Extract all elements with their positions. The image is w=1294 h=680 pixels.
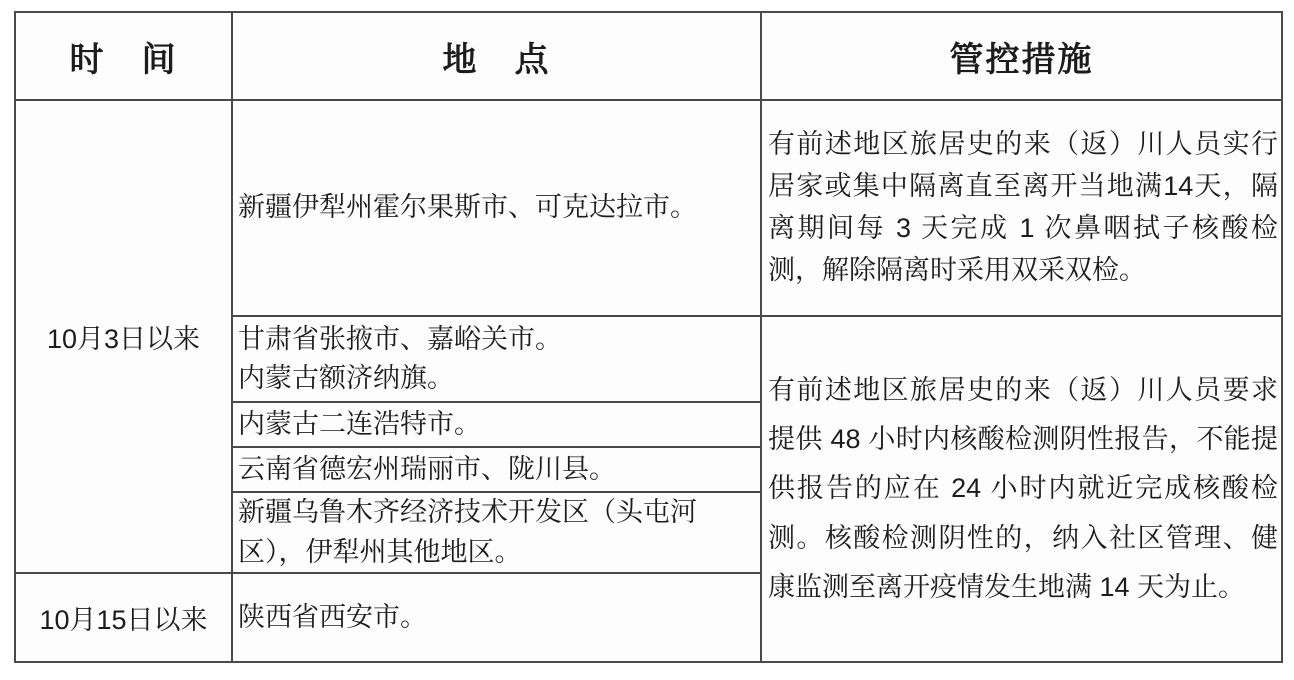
location-text: 云南省德宏州瑞丽市、陇川县。 <box>238 450 616 489</box>
measure-text: 有前述地区旅居史的来（返）川人员实行居家或集中隔离直至离开当地满14天，隔离期间… <box>768 124 1278 291</box>
measure-text: 有前述地区旅居史的来（返）川人员要求提供 48 小时内核酸检测阴性报告，不能提供… <box>768 366 1278 612</box>
location-text: 甘肃省张掖市、嘉峪关市。 内蒙古额济纳旗。 <box>238 320 562 398</box>
location-cell-yunnan-dehong: 云南省德宏州瑞丽市、陇川县。 <box>233 448 760 491</box>
control-measures-table: 时 间 地 点 管控措施 10月3日以来 10月15日以来 新疆伊犁州霍尔果斯市… <box>14 11 1283 663</box>
location-cell-gansu-neimenggu: 甘肃省张掖市、嘉峪关市。 内蒙古额济纳旗。 <box>233 317 760 401</box>
measure-cell-quarantine: 有前述地区旅居史的来（返）川人员实行居家或集中隔离直至离开当地满14天，隔离期间… <box>762 101 1281 315</box>
column-header-location-label: 地 点 <box>443 32 551 81</box>
location-text: 新疆伊犁州霍尔果斯市、可克达拉市。 <box>238 188 697 227</box>
column-header-measures-label: 管控措施 <box>950 32 1094 81</box>
time-label: 10月3日以来 <box>47 317 200 356</box>
location-text: 内蒙古二连浩特市。 <box>238 405 481 444</box>
location-cell-xian: 陕西省西安市。 <box>233 574 760 661</box>
page: 时 间 地 点 管控措施 10月3日以来 10月15日以来 新疆伊犁州霍尔果斯市… <box>0 0 1294 680</box>
column-header-time: 时 间 <box>16 13 231 99</box>
location-text: 陕西省西安市。 <box>238 598 427 637</box>
location-cell-urumqi-dev-zone: 新疆乌鲁木齐经济技术开发区（头屯河区），伊犁州其他地区。 <box>233 493 760 572</box>
time-cell-since-oct-15: 10月15日以来 <box>16 574 231 661</box>
location-text: 新疆乌鲁木齐经济技术开发区（头屯河区），伊犁州其他地区。 <box>238 493 756 571</box>
location-cell-erlianhaote: 内蒙古二连浩特市。 <box>233 403 760 446</box>
column-header-time-label: 时 间 <box>70 32 178 81</box>
time-label: 10月15日以来 <box>39 598 207 637</box>
measure-cell-nucleic-test: 有前述地区旅居史的来（返）川人员要求提供 48 小时内核酸检测阴性报告，不能提供… <box>762 317 1281 661</box>
time-cell-since-oct-3: 10月3日以来 <box>16 101 231 572</box>
column-header-location: 地 点 <box>233 13 760 99</box>
location-cell-xinjiang-yili: 新疆伊犁州霍尔果斯市、可克达拉市。 <box>233 101 760 315</box>
column-header-measures: 管控措施 <box>762 13 1281 99</box>
